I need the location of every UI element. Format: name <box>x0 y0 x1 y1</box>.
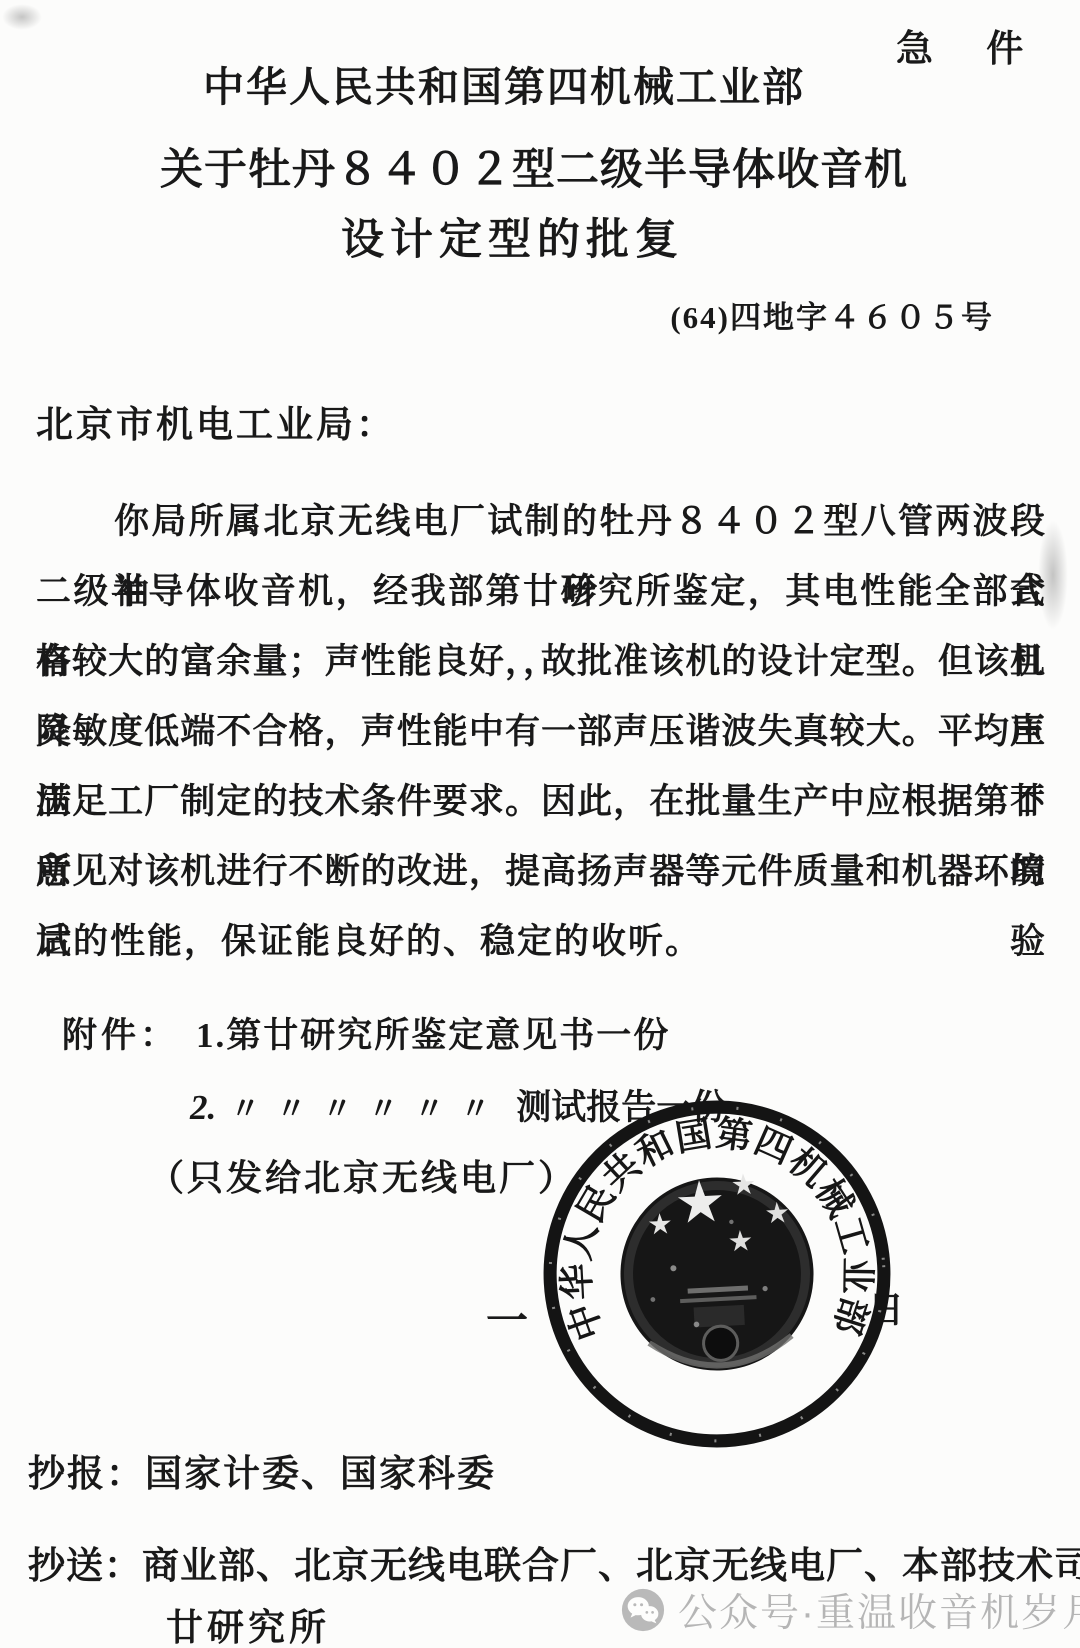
document-subject-line1: 关于牡丹８４０２型二级半导体收音机 <box>160 136 908 197</box>
document-org-title: 中华人民共和国第四机械工业部 <box>203 54 805 113</box>
watermark: 公众号·重温收音机岁月 <box>620 1582 1080 1638</box>
cc-send-line2: 廿研究所 <box>166 1597 330 1648</box>
body-line: 满足工厂制定的技术条件要求。因此，在批量生产中应根据第廿所的 <box>36 767 1046 837</box>
recipient-line: 北京市机电工业局： <box>36 394 396 448</box>
attachments-note: （只发给北京无线电厂） <box>148 1150 577 1201</box>
document-subject-line2: 设计定型的批复 <box>341 206 684 267</box>
body-line: 灵敏度低端不合格，声性能中有一部声压谐波失真较大。平均声压不 <box>36 697 1046 767</box>
seal-emblem <box>615 1170 818 1375</box>
watermark-text: 公众号·重温收音机岁月 <box>678 1582 1080 1638</box>
body-line: 二级半导体收音机，经我部第廿研究所鉴定，其电性能全部合格，且 <box>36 557 1046 627</box>
body-paragraph: 你局所属北京无线电厂试制的牡丹８４０２型八管两波段袖珍式 二级半导体收音机，经我… <box>36 487 1046 977</box>
body-line: 意见对该机进行不断的改进，提高扬声器等元件质量和机器环境试验 <box>36 837 1046 907</box>
cc-send-line1: 抄送：商业部、北京无线电联合厂、北京无线电厂、本部技术司、第 <box>28 1535 1080 1589</box>
body-line: 你局所属北京无线电厂试制的牡丹８４０２型八管两波段袖珍式 <box>36 487 1046 557</box>
document-number: (64)四地字４６０５号 <box>670 292 994 337</box>
attachment-item-2-number: 2. <box>190 1088 216 1128</box>
ditto-marks: 〃〃〃〃〃〃 <box>230 1084 506 1128</box>
body-line: 有较大的富余量；声性能良好，故批准该机的设计定型。但该机降压 <box>36 627 1046 697</box>
urgency-label: 急 件 <box>896 18 1045 72</box>
cc-report-line: 抄报：国家计委、国家科委 <box>28 1443 496 1497</box>
wechat-icon <box>620 1587 666 1633</box>
attachment-item-1: 1.第廿研究所鉴定意见书一份 <box>196 1008 670 1058</box>
date-fragment-left: 一 <box>486 1288 528 1348</box>
official-seal: 中华人民共和国第四机械工业部 <box>524 1081 911 1468</box>
scan-smudge <box>2 4 42 30</box>
attachments-label: 附件： <box>62 1008 179 1058</box>
